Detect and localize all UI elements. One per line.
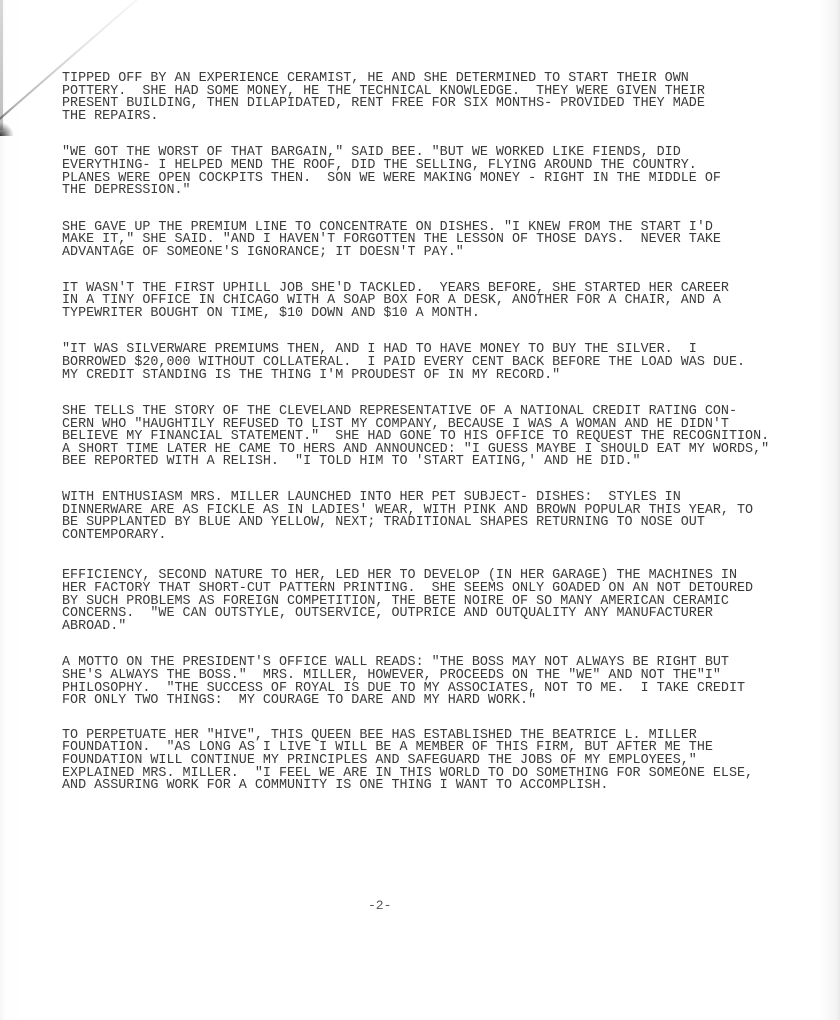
text-line: THE DEPRESSION." [62,185,792,198]
paragraph: "WE GOT THE WORST OF THAT BARGAIN," SAID… [62,147,792,197]
text-line: AND ASSURING WORK FOR A COMMUNITY IS ONE… [62,780,792,793]
text-line: ADVANTAGE OF SOMEONE'S IGNORANCE; IT DOE… [62,247,792,260]
text-line: FOR ONLY TWO THINGS: MY COURAGE TO DARE … [62,695,792,708]
scanned-page: TIPPED OFF BY AN EXPERIENCE CERAMIST, HE… [0,0,840,1020]
paragraph: EFFICIENCY, SECOND NATURE TO HER, LED HE… [62,570,792,633]
paragraph: SHE TELLS THE STORY OF THE CLEVELAND REP… [62,406,792,469]
page-number: -2- [368,898,391,913]
paragraph: SHE GAVE UP THE PREMIUM LINE TO CONCENTR… [62,222,792,260]
paragraph: WITH ENTHUSIASM MRS. MILLER LAUNCHED INT… [62,492,792,542]
paragraph: TO PERPETUATE HER "HIVE", THIS QUEEN BEE… [62,730,792,793]
text-line: PRESENT BUILDING, THEN DILAPIDATED, RENT… [62,98,792,111]
text-line: THE REPAIRS. [62,111,792,124]
text-line: BEE REPORTED WITH A RELISH. "I TOLD HIM … [62,456,792,469]
text-line: ABROAD." [62,621,792,634]
paragraph: TIPPED OFF BY AN EXPERIENCE CERAMIST, HE… [62,73,792,123]
text-line: CONTEMPORARY. [62,530,792,543]
corner-fold-shadow [0,122,14,136]
text-line: BE SUPPLANTED BY BLUE AND YELLOW, NEXT; … [62,517,792,530]
paragraph: A MOTTO ON THE PRESIDENT'S OFFICE WALL R… [62,657,792,707]
paragraph: IT WASN'T THE FIRST UPHILL JOB SHE'D TAC… [62,283,792,321]
text-line: CONCERNS. "WE CAN OUTSTYLE, OUTSERVICE, … [62,608,792,621]
paragraph: "IT WAS SILVERWARE PREMIUMS THEN, AND I … [62,344,792,382]
page-edge-shadow [0,0,3,130]
text-line: TYPEWRITER BOUGHT ON TIME, $10 DOWN AND … [62,308,792,321]
typed-body-text: TIPPED OFF BY AN EXPERIENCE CERAMIST, HE… [62,73,792,817]
text-line: MY CREDIT STANDING IS THE THING I'M PROU… [62,370,792,383]
